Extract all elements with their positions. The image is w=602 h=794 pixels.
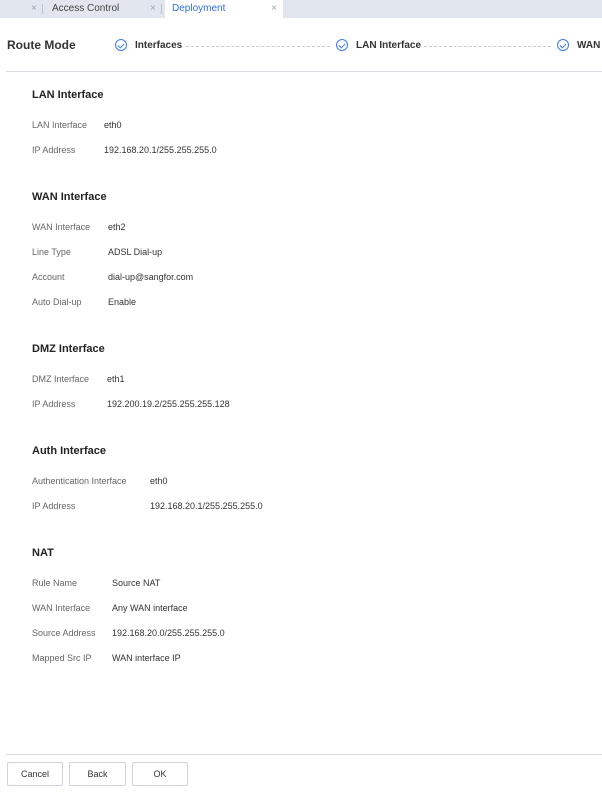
row-value: eth0 <box>150 476 168 486</box>
section-title-nat: NAT <box>32 547 54 559</box>
ok-button[interactable]: OK <box>132 762 188 786</box>
row-label: LAN Interface <box>32 120 87 130</box>
tab-label: Deployment <box>172 0 225 18</box>
row-value: eth2 <box>108 222 126 232</box>
check-circle-icon <box>336 39 348 51</box>
step-label: WAN <box>577 40 600 51</box>
row-value: Any WAN interface <box>112 603 188 613</box>
row-value: 192.200.19.2/255.255.255.128 <box>107 399 230 409</box>
row-label: DMZ Interface <box>32 374 89 384</box>
section-title-dmz: DMZ Interface <box>32 343 105 355</box>
row-label: Mapped Src IP <box>32 653 92 663</box>
check-circle-icon <box>115 39 127 51</box>
row-label: IP Address <box>32 501 75 511</box>
row-value: Enable <box>108 297 136 307</box>
row-label: Source Address <box>32 628 96 638</box>
tab-separator <box>42 4 43 14</box>
row-value: WAN interface IP <box>112 653 181 663</box>
step-label: LAN Interface <box>356 40 421 51</box>
step-interfaces: Interfaces <box>115 39 182 51</box>
close-icon[interactable]: × <box>150 0 156 18</box>
step-connector <box>424 46 551 47</box>
step-lan-interface: LAN Interface <box>336 39 421 51</box>
row-label: IP Address <box>32 145 75 155</box>
section-title-auth: Auth Interface <box>32 445 106 457</box>
tab-separator <box>161 4 162 14</box>
tab-label: Access Control <box>52 0 119 18</box>
back-button[interactable]: Back <box>69 762 126 786</box>
step-label: Interfaces <box>135 40 182 51</box>
row-label: WAN Interface <box>32 222 90 232</box>
row-label: Line Type <box>32 247 71 257</box>
row-label: Account <box>32 272 65 282</box>
tab-deployment[interactable]: Deployment × <box>165 0 283 18</box>
cancel-button[interactable]: Cancel <box>7 762 63 786</box>
row-label: WAN Interface <box>32 603 90 613</box>
header-divider <box>6 71 602 72</box>
close-icon[interactable]: × <box>31 0 37 18</box>
row-label: IP Address <box>32 399 75 409</box>
step-connector <box>186 46 330 47</box>
row-value: 192.168.20.1/255.255.255.0 <box>150 501 263 511</box>
row-value: dial-up@sangfor.com <box>108 272 193 282</box>
row-label: Rule Name <box>32 578 77 588</box>
tab-access-control[interactable]: × Access Control <box>0 0 163 18</box>
row-value: eth0 <box>104 120 122 130</box>
row-value: 192.168.20.1/255.255.255.0 <box>104 145 217 155</box>
section-title-lan: LAN Interface <box>32 89 104 101</box>
row-label: Auto Dial-up <box>32 297 82 307</box>
step-wan: WAN <box>557 39 600 51</box>
check-circle-icon <box>557 39 569 51</box>
row-value: Source NAT <box>112 578 160 588</box>
row-value: eth1 <box>107 374 125 384</box>
row-label: Authentication Interface <box>32 476 127 486</box>
wizard-header: Route Mode Interfaces LAN Interface WAN <box>0 18 602 71</box>
page-title: Route Mode <box>7 38 76 52</box>
tab-bar: × Access Control × Deployment × <box>0 0 602 18</box>
close-icon[interactable]: × <box>271 0 277 18</box>
row-value: ADSL Dial-up <box>108 247 162 257</box>
section-title-wan: WAN Interface <box>32 191 107 203</box>
footer-divider <box>6 754 602 755</box>
row-value: 192.168.20.0/255.255.255.0 <box>112 628 225 638</box>
